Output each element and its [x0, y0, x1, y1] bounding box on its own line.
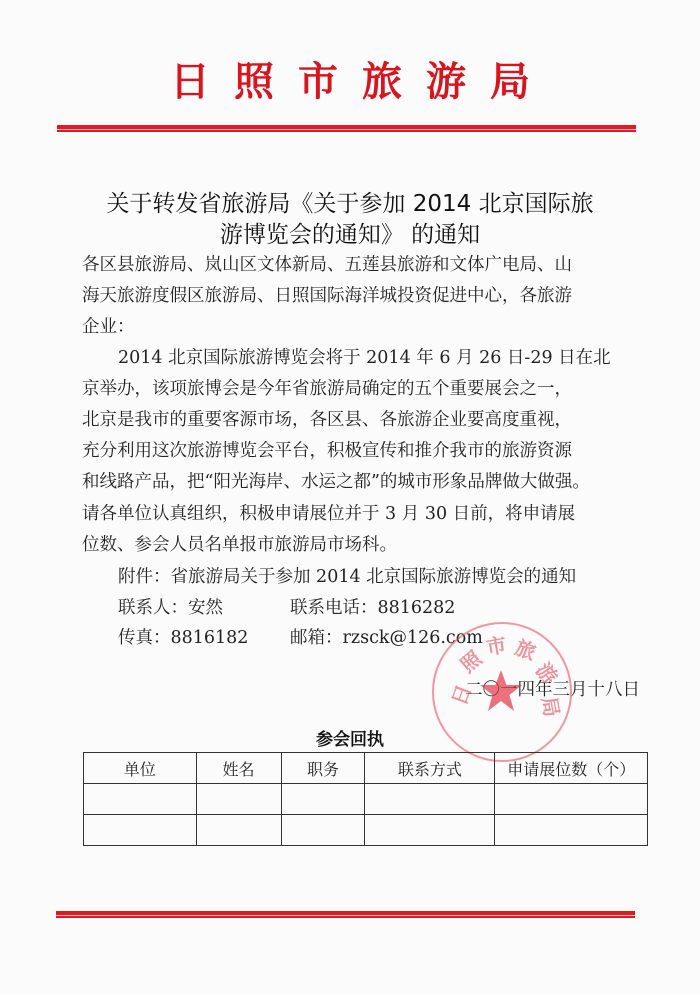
fax-number: 传真：8816182 [118, 627, 248, 649]
table-cell[interactable] [495, 815, 648, 846]
body-line: 位数、参会人员名单报市旅游局市场科。 [82, 534, 662, 556]
table-cell[interactable] [196, 784, 281, 815]
header-red-divider [57, 125, 636, 132]
email-address: 邮箱：rzsck@126.com [290, 627, 483, 649]
table-row [84, 784, 648, 815]
column-header-name: 姓名 [196, 753, 281, 784]
receipt-title: 参会回执 [0, 729, 700, 751]
column-header-unit: 单位 [84, 753, 197, 784]
table-cell[interactable] [281, 784, 365, 815]
masthead-title: 日照市旅游局 [0, 58, 700, 106]
issue-date: 二〇一四年三月十八日 [430, 679, 640, 701]
contact-person: 联系人：安然 [118, 597, 223, 619]
body-line: 2014 北京国际旅游博览会将于 2014 年 6 月 26 日-29 日在北 [118, 347, 698, 369]
seal-char: 旅 [512, 631, 541, 665]
addressee-line: 企业： [82, 316, 662, 338]
contact-phone: 联系电话：8816282 [290, 597, 455, 619]
table-header-row: 单位 姓名 职务 联系方式 申请展位数（个） [84, 753, 648, 784]
table-cell[interactable] [495, 784, 648, 815]
body-line: 和线路产品，把“阳光海岸、水运之都”的城市形象品牌做大做强。 [82, 471, 662, 493]
document-title-line-1: 关于转发省旅游局《关于参加 2014 北京国际旅 [40, 189, 660, 220]
column-header-position: 职务 [281, 753, 365, 784]
receipt-table: 单位 姓名 职务 联系方式 申请展位数（个） [83, 752, 648, 846]
attachment-note: 附件：省旅游局关于参加 2014 北京国际旅游博览会的通知 [118, 566, 576, 588]
table-cell[interactable] [281, 815, 365, 846]
seal-char: 市 [484, 628, 509, 660]
table-cell[interactable] [365, 815, 495, 846]
body-line: 京举办，该项旅博会是今年省旅游局确定的五个重要展会之一， [82, 378, 662, 400]
table-cell[interactable] [365, 784, 495, 815]
column-header-contact: 联系方式 [365, 753, 495, 784]
table-row [84, 815, 648, 846]
body-line: 北京是我市的重要客源市场，各区县、各旅游企业要高度重视， [82, 409, 662, 431]
body-line: 充分利用这次旅游博览会平台，积极宣传和推介我市的旅游资源 [82, 440, 662, 462]
table-cell[interactable] [84, 815, 197, 846]
table-cell[interactable] [196, 815, 281, 846]
addressee-line: 海天旅游度假区旅游局、日照国际海洋城投资促进中心，各旅游 [82, 285, 662, 307]
footer-red-divider [56, 911, 635, 918]
document-title-line-2: 游博览会的通知》 的通知 [40, 220, 660, 251]
column-header-booth-count: 申请展位数（个） [495, 753, 648, 784]
addressee-line: 各区县旅游局、岚山区文体新局、五莲县旅游和文体广电局、山 [82, 254, 662, 276]
table-cell[interactable] [84, 784, 197, 815]
body-line: 请各单位认真组织，积极申请展位并于 3 月 30 日前，将申请展 [82, 503, 662, 525]
